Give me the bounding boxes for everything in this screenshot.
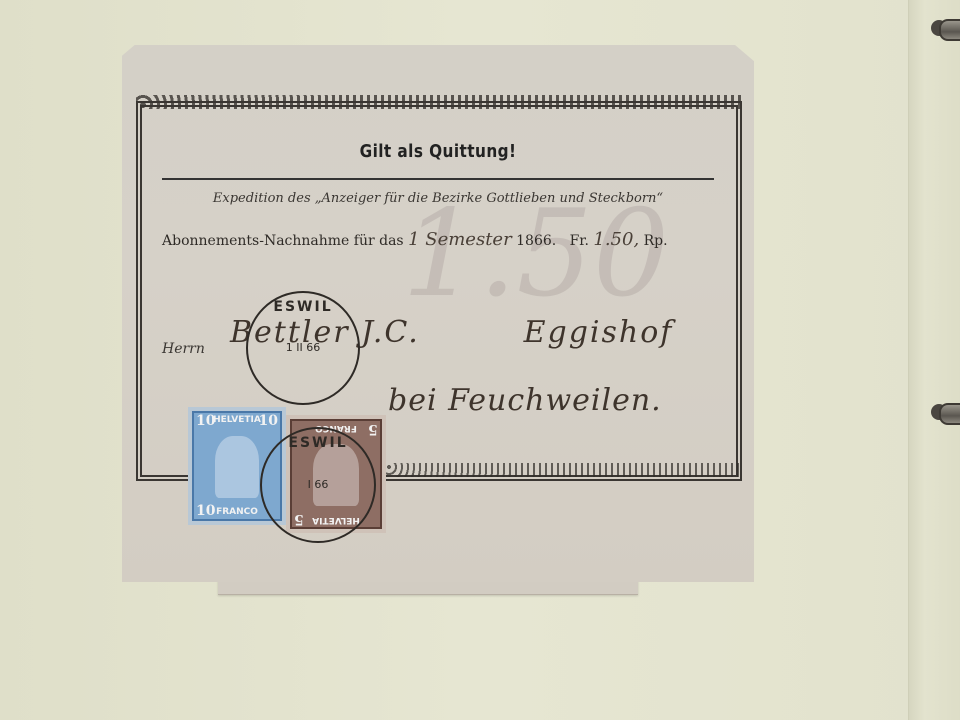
binder-ring-bottom (939, 403, 960, 425)
postmark-circle: ESWIL 1 II 66 (246, 291, 360, 405)
year: 1866. (516, 233, 556, 249)
postmark-town: ESWIL (262, 435, 374, 451)
recipient-place: Eggishof (524, 315, 674, 350)
publisher-line: Expedition des „Anzeiger für die Bezirke… (122, 191, 754, 206)
ornamental-border-bottom (382, 463, 742, 477)
pencil-annotation: 1.50 (402, 185, 682, 405)
stamp-value: 10 (196, 413, 215, 429)
stamp-value: 10 (259, 413, 278, 429)
postmark-date: 1 II 66 (248, 341, 358, 354)
period-handwritten: 1 Semester (408, 229, 512, 250)
helvetia-figure-icon (215, 436, 260, 497)
subscription-label: Abonnements-Nachnahme für das (162, 233, 404, 249)
unit-label: Rp. (644, 233, 668, 249)
postmark-town: ESWIL (248, 299, 358, 315)
recipient-town: bei Feuchweilen. (388, 383, 662, 418)
document-title: Gilt als Quittung! (169, 141, 706, 162)
currency-label: Fr. (570, 233, 589, 249)
postmark-circle-stamps: ESWIL I 66 (260, 427, 376, 543)
subscription-line: Abonnements-Nachnahme für das 1 Semester… (162, 229, 668, 250)
binder-ring-top (939, 19, 960, 41)
postmark-date: I 66 (262, 478, 374, 491)
binder-spine (908, 0, 960, 720)
receipt-document: 1.50 Gilt als Quittung! Expedition des „… (122, 45, 754, 582)
salutation: Herrn (162, 341, 205, 357)
title-rule (162, 178, 714, 180)
amount-handwritten: 1.50, (593, 229, 639, 250)
